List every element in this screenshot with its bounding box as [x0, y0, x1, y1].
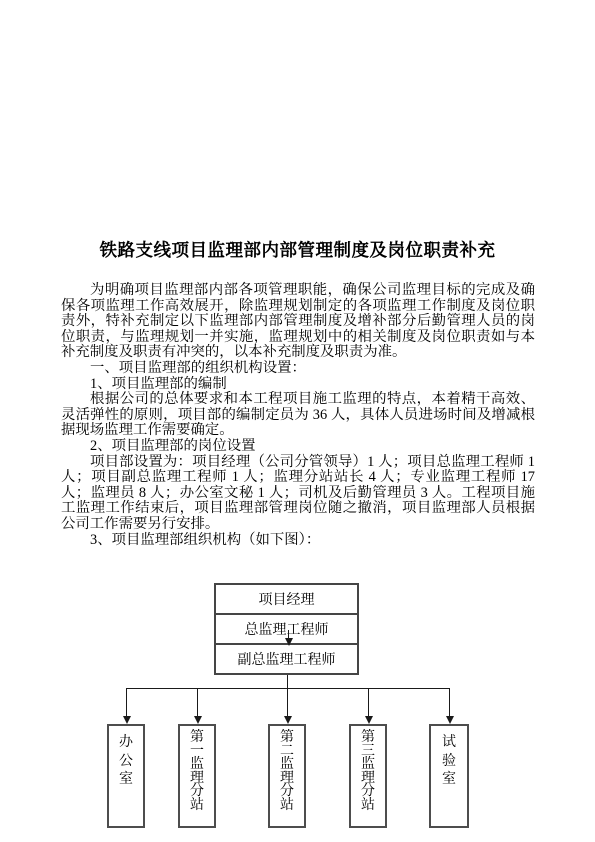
org-node-project-manager: 项目经理 [214, 583, 359, 615]
connector-drop-substation-1 [197, 688, 198, 717]
arrow-down-icon [285, 638, 293, 646]
org-node-supervision-substation-2: 第二监理分站 [268, 724, 306, 828]
connector-horizontal-bus [126, 688, 450, 689]
document-page: 铁路支线项目监理部内部管理制度及岗位职责补充 为明确项目监理部内部各项管理职能，… [0, 0, 595, 842]
org-node-supervision-substation-1: 第一监理分站 [178, 724, 216, 828]
arrow-down-icon [194, 716, 202, 724]
org-node-label: 第一监理分站 [190, 726, 204, 813]
arrow-down-icon [284, 716, 292, 724]
arrow-down-icon [446, 716, 454, 724]
connector-drop-substation-3 [368, 688, 369, 717]
org-node-laboratory: 试验室 [429, 724, 469, 828]
org-node-label: 试验室 [442, 726, 456, 790]
org-node-supervision-substation-3: 第三监理分站 [349, 724, 387, 828]
org-node-deputy-chief-supervision-engineer: 副总监理工程师 [214, 643, 359, 675]
arrow-down-icon [123, 716, 131, 724]
org-node-label: 第三监理分站 [361, 726, 375, 813]
org-node-label: 第二监理分站 [280, 726, 294, 813]
arrow-down-icon [365, 716, 373, 724]
connector-drop-substation-2 [287, 688, 288, 717]
org-node-label: 办公室 [119, 726, 133, 790]
org-chart: 项目经理 总监理工程师 副总监理工程师 办公室 第一监理分站 第二监理分站 [0, 0, 595, 842]
org-chart-top-stack: 项目经理 总监理工程师 副总监理工程师 [214, 583, 359, 675]
connector-drop-office [126, 688, 127, 717]
connector-drop-lab [449, 688, 450, 717]
connector-trunk-vertical [287, 675, 288, 689]
org-node-office: 办公室 [107, 724, 145, 828]
